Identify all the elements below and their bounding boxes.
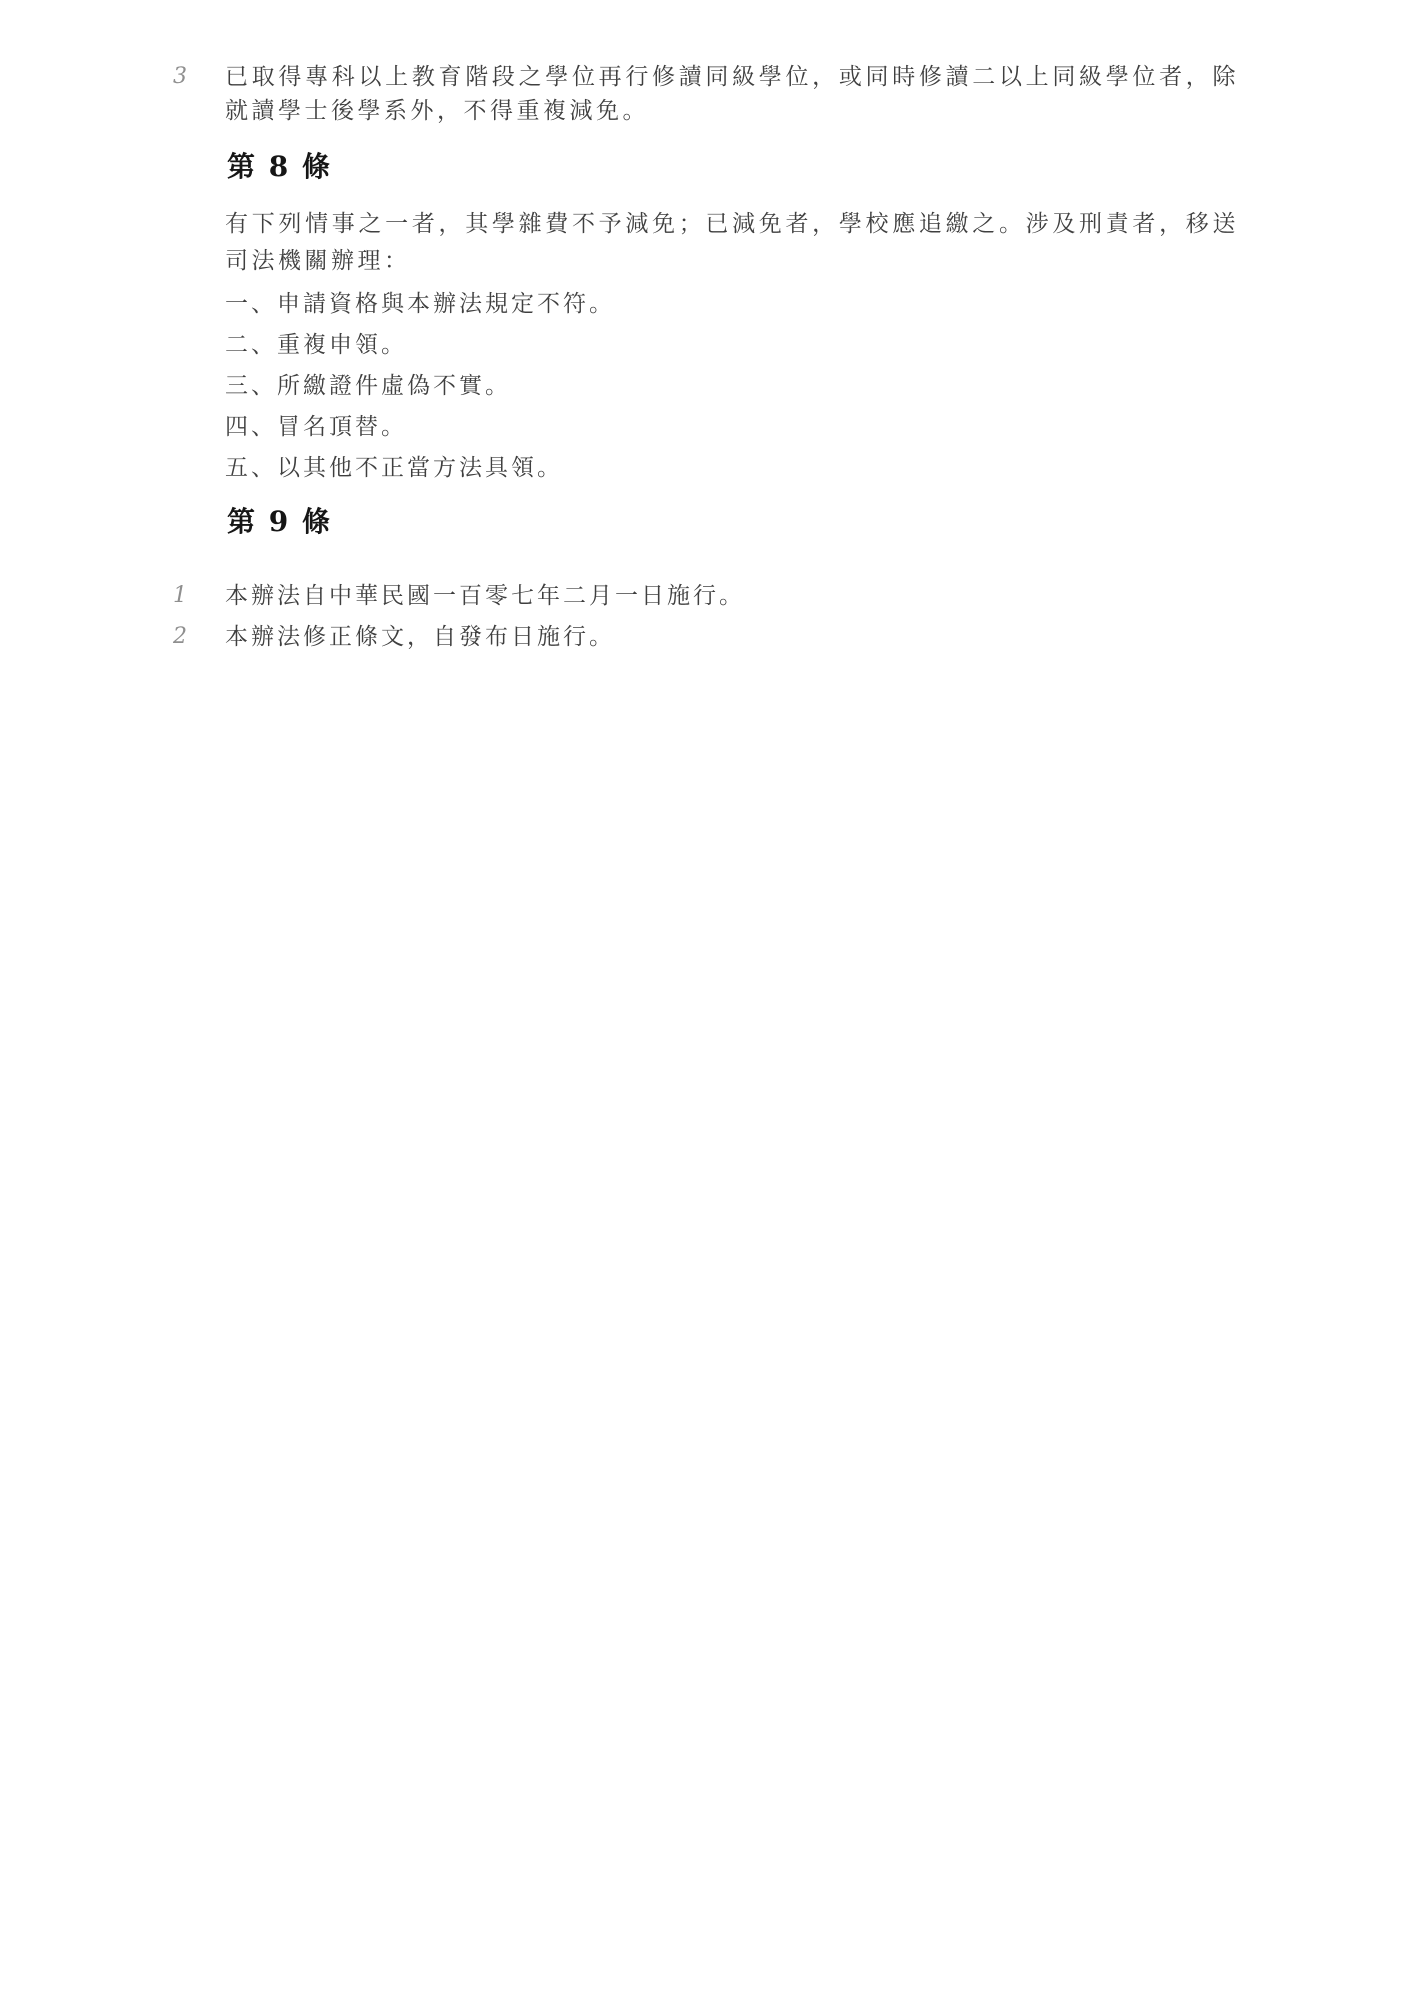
paragraph-number: 1 <box>153 576 187 616</box>
clause-item: 三、所繳證件虛偽不實。 <box>225 366 1239 407</box>
article-8-clause-list: 一、申請資格與本辦法規定不符。 二、重複申領。 三、所繳證件虛偽不實。 四、冒名… <box>225 284 1239 489</box>
clause-item: 五、以其他不正當方法具領。 <box>225 448 1239 489</box>
article-9-heading: 第 9 條 <box>227 504 332 540</box>
paragraph-number: 3 <box>153 60 187 94</box>
clause-item: 二、重複申領。 <box>225 325 1239 366</box>
article-8-heading: 第 8 條 <box>227 149 332 185</box>
paragraph-number: 2 <box>153 617 187 657</box>
document-page: 3 已取得專科以上教育階段之學位再行修讀同級學位，或同時修讀二以上同級學位者，除… <box>0 0 1413 2000</box>
clause-item: 一、申請資格與本辦法規定不符。 <box>225 284 1239 325</box>
article-7-item-3-text: 已取得專科以上教育階段之學位再行修讀同級學位，或同時修讀二以上同級學位者，除就讀… <box>225 60 1239 128</box>
article-8-intro-text: 有下列情事之一者，其學雜費不予減免；已減免者，學校應追繳之。涉及刑責者，移送司法… <box>225 206 1239 280</box>
clause-item: 四、冒名頂替。 <box>225 407 1239 448</box>
article-9-item-2-text: 本辦法修正條文，自發布日施行。 <box>225 617 1239 657</box>
article-9-item-1-text: 本辦法自中華民國一百零七年二月一日施行。 <box>225 576 1239 616</box>
